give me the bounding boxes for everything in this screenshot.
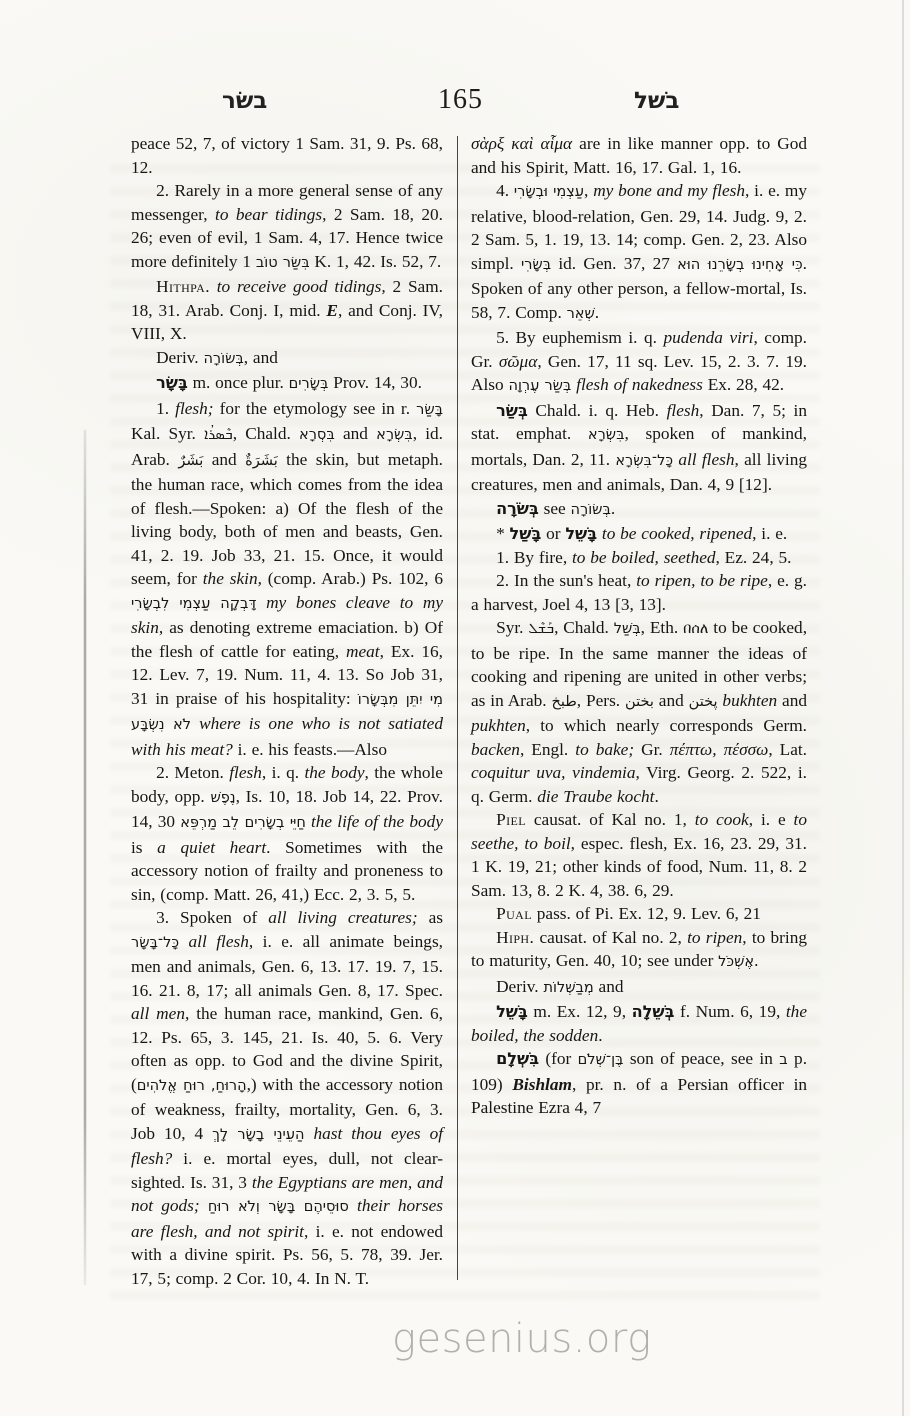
italic-text: to cook	[695, 810, 749, 829]
text-run: Kal. Syr.	[131, 424, 204, 443]
column-divider	[457, 136, 458, 1280]
right-column: σὰρξ καὶ αἷμα are in like manner opp. to…	[471, 132, 807, 1290]
text-run: causat. of Kal no. 1,	[526, 810, 695, 829]
italic-text: to bake;	[575, 740, 634, 759]
greek-text: σῶμα	[499, 352, 537, 371]
hebrew-text: הַעֵינֵי בָשָׂר לָךְ	[212, 1127, 304, 1143]
hebrew-text: עַצְמִי וּבְשָׂרִי	[514, 184, 584, 200]
smallcaps-label: Hiph.	[496, 928, 534, 947]
hebrew-text: בְּשָׂרִים	[289, 376, 329, 392]
text-run: .	[654, 787, 658, 806]
left-column: peace 52, 7, of victory 1 Sam. 31, 9. Ps…	[131, 132, 443, 1290]
hebrew-text: בֶּן־שְׁלֹם	[578, 1052, 624, 1068]
hebrew-text: בְּשׂוֹרָה	[203, 351, 243, 367]
text-run: Syr.	[496, 618, 528, 637]
paragraph: Syr. ܒܰܫܶܠ, Chald. בְּשַׁל, Eth. በሰለ to …	[471, 616, 807, 808]
gutter-shadow	[84, 430, 86, 1285]
running-head-left-word: בשׂר	[222, 88, 267, 114]
running-head: בשׂר 165 בשׁל	[0, 84, 910, 124]
hebrew-text: דָּבְקָה עַצְמִי לִבְשָׂרִי	[131, 596, 256, 612]
text-run: m. once plur.	[188, 373, 289, 392]
arabic-text: بَشَرَةٌ	[245, 453, 278, 469]
italic-text: to ripen	[687, 928, 742, 947]
hebrew-text: כָּל־בָּשָׂר	[131, 935, 179, 951]
text-run: , Pers.	[577, 691, 625, 710]
hebrew-text: בִּשְׂרָא	[588, 427, 625, 443]
text-run: 5. By euphemism i. q.	[496, 328, 663, 347]
paragraph: 2. Meton. flesh, i. q. the body, the who…	[131, 761, 443, 906]
text-run: 1. By fire,	[496, 548, 572, 567]
italic-text: flesh	[229, 763, 262, 782]
page-number: 165	[438, 84, 483, 116]
italic-text: meat	[346, 642, 380, 661]
text-run: and	[594, 977, 624, 996]
greek-text: πέπτω, πέσσω	[670, 740, 769, 759]
italic-text: flesh of nakedness	[576, 375, 703, 394]
hebrew-text: הָרוּחַ, רוּחַ אֱלֹהִים	[137, 1078, 247, 1094]
paragraph: 5. By euphemism i. q. pudenda viri, comp…	[471, 326, 807, 399]
hebrew-headword: בָּשַׁל	[510, 524, 542, 543]
text-run: .	[598, 1026, 602, 1045]
paragraph: Hithpa. to receive good tidings, 2 Sam. …	[131, 275, 443, 346]
text-run: son of peace, see in	[623, 1049, 779, 1068]
text-run: .	[595, 303, 599, 322]
text-run: (comp. Arab.) Ps. 102, 6	[262, 569, 443, 588]
paragraph: בְּשֹׂרָה see בְּשׂוֹרָה.	[471, 497, 807, 523]
text-run: 1.	[156, 399, 175, 418]
text-run	[349, 1196, 357, 1215]
bold-italic-text: Bishlam	[512, 1075, 572, 1094]
hebrew-text: כִּי אָחִינוּ בְשָׂרֵנוּ הוּא	[677, 257, 803, 273]
text-run: (for	[539, 1049, 578, 1068]
text-run: Deriv.	[496, 977, 543, 996]
text-run: Chald. i. q. Heb.	[528, 401, 667, 420]
text-run: and	[203, 450, 245, 469]
italic-text: pudenda viri	[663, 328, 753, 347]
paragraph: * בָּשַׁל or בָּשֵׁל to be cooked, ripen…	[471, 522, 807, 546]
italic-text: all flesh	[678, 450, 734, 469]
paragraph: 2. In the sun's heat, to ripen, to be ri…	[471, 569, 807, 616]
paragraph: Hiph. causat. of Kal no. 2, to ripen, to…	[471, 926, 807, 975]
arabic-text: بختن	[625, 694, 654, 710]
hebrew-text: בִּשְׂרָא	[376, 427, 413, 443]
hebrew-text: סוּסֵיהֶם בָּשָׂר וְלֹא רוּחַ	[208, 1199, 349, 1215]
text-run: peace 52, 7, of victory 1 Sam. 31, 9. Ps…	[131, 134, 443, 177]
text-run: .	[754, 951, 758, 970]
text-run: 3. Spoken of	[156, 908, 268, 927]
smallcaps-label: Piel	[496, 810, 526, 829]
italic-text: to be boiled, seethed	[572, 548, 716, 567]
paragraph: σὰρξ καὶ αἷμα are in like manner opp. to…	[471, 132, 807, 179]
text-run	[191, 714, 199, 733]
arabic-text: پختن	[689, 694, 718, 710]
paragraph: peace 52, 7, of victory 1 Sam. 31, 9. Ps…	[131, 132, 443, 179]
hebrew-headword: בִּשְׁלָם	[496, 1049, 539, 1068]
scanned-page: בשׂר 165 בשׁל peace 52, 7, of victory 1 …	[0, 0, 910, 1416]
paragraph: בָּשֵׁל m. Ex. 12, 9, בְּשֵׁלָה f. Num. …	[471, 1000, 807, 1047]
text-run: , Chald.	[554, 618, 614, 637]
text-run: 4.	[496, 181, 514, 200]
text-run: f. Num. 6, 19,	[674, 1002, 785, 1021]
text-run: Prov. 14, 30.	[328, 373, 422, 392]
watermark: gesenius.org	[392, 1316, 652, 1362]
hebrew-headword: בְּשֹׂרָה	[496, 499, 539, 518]
paragraph: 1. By fire, to be boiled, seethed, Ez. 2…	[471, 546, 807, 570]
text-run: ,	[584, 181, 593, 200]
italic-text: pukhten	[471, 716, 526, 735]
text-run: , i. q.	[262, 763, 305, 782]
paragraph: Pual pass. of Pi. Ex. 12, 9. Lev. 6, 21	[471, 902, 807, 926]
text-run: 2. Meton.	[156, 763, 229, 782]
paragraph: בְּשַׂר Chald. i. q. Heb. flesh, Dan. 7,…	[471, 399, 807, 497]
syriac-text: ܒܶܣܪܳܐ	[204, 427, 233, 443]
paragraph: 3. Spoken of all living creatures; as כָ…	[131, 906, 443, 1290]
hebrew-text: חַיֵּי בְשָׂרִים לֵב מַרְפֵּא	[180, 815, 306, 831]
ethiopic-text: በሰለ	[683, 621, 708, 637]
text-run: i. e. his feasts.—Also	[233, 740, 387, 759]
text-run: , Engl.	[520, 740, 575, 759]
text-run: , Chald.	[233, 424, 299, 443]
text-run: causat. of Kal no. 2,	[534, 928, 687, 947]
paragraph: Deriv. בְּשׂוֹרָה, and	[131, 346, 443, 372]
text-run	[179, 932, 188, 951]
paragraph: 1. flesh; for the etymology see in r. בָ…	[131, 397, 443, 762]
hebrew-text: כָּל־בִּשְׂרָא	[615, 453, 673, 469]
hebrew-text: בִּשַּׂר טוֹב	[256, 255, 310, 271]
arabic-text: بَشَرٌ	[178, 453, 203, 469]
paragraph: Piel causat. of Kal no. 1, to cook, i. e…	[471, 808, 807, 902]
hebrew-text: ב	[779, 1052, 787, 1068]
text-run: Gr.	[634, 740, 670, 759]
text-run: as	[418, 908, 443, 927]
text-run: , Ez. 24, 5.	[716, 548, 792, 567]
hebrew-text: נֶפֶשׁ	[210, 790, 235, 806]
italic-text: all flesh	[189, 932, 249, 951]
text-run: .	[611, 499, 615, 518]
text-run: the skin, but metaph. the human race, wh…	[131, 450, 443, 589]
hebrew-text: בְּשׂוֹרָה	[571, 502, 611, 518]
italic-text: to ripen, to be ripe	[636, 571, 768, 590]
italic-text: coquitur uva, vindemia	[471, 763, 636, 782]
hebrew-text: אֶשְׁכֹּל	[718, 954, 754, 970]
text-run	[200, 1196, 208, 1215]
italic-text: the body	[304, 763, 364, 782]
italic-text: die Traube kocht	[537, 787, 654, 806]
italic-text: my bone and my flesh	[593, 181, 745, 200]
italic-text: the skin,	[203, 569, 262, 588]
hebrew-text: שְׁאֵר	[567, 306, 595, 322]
hebrew-headword: בְּשֵׁלָה	[632, 1002, 675, 1021]
italic-text: all men	[131, 1004, 185, 1023]
paragraph: Deriv. מְבַשְּׁלוֹת and	[471, 975, 807, 1001]
smallcaps-label: Pual	[496, 904, 532, 923]
text-run: Ex. 28, 42.	[703, 375, 784, 394]
text-run: and	[335, 424, 376, 443]
text-run: or	[541, 524, 565, 543]
text-run: id. Gen. 37, 27	[551, 254, 677, 273]
text-run: see	[539, 499, 571, 518]
running-head-right-word: בשׁל	[634, 88, 679, 114]
hebrew-headword: בְּשַׂר	[496, 401, 528, 420]
text-run: , and	[244, 348, 278, 367]
italic-text: bukhten	[722, 691, 777, 710]
italic-text: to receive good tidings,	[210, 277, 386, 296]
italic-text: flesh	[667, 401, 700, 420]
hebrew-text: בְּשַׂר עֶרְוָה	[508, 378, 571, 394]
italic-text: a quiet heart	[157, 838, 266, 857]
hebrew-headword: בָּשָׂר	[156, 373, 188, 392]
text-run: , Eth.	[641, 618, 683, 637]
italic-text: flesh;	[175, 399, 213, 418]
text-run: , Lat.	[768, 740, 807, 759]
text-run: *	[496, 524, 509, 543]
hebrew-headword: בָּשֵׁל	[565, 524, 597, 543]
hebrew-text: בִּסְרָא	[299, 427, 335, 443]
paragraph: בָּשָׂר m. once plur. בְּשָׂרִים Prov. 1…	[131, 371, 443, 397]
text-run: and	[777, 691, 807, 710]
scan-edge-line	[902, 0, 904, 1416]
italic-text: all living creatures;	[268, 908, 417, 927]
text-run: , to which nearly corresponds Germ.	[526, 716, 807, 735]
italic-text: to be cooked, ripened	[602, 524, 752, 543]
text-run: and	[654, 691, 689, 710]
greek-text: σὰρξ καὶ αἷμα	[471, 134, 572, 153]
italic-text: the life of the body	[311, 812, 443, 831]
text-run: , i. e.	[752, 524, 787, 543]
paragraph: 4. עַצְמִי וּבְשָׂרִי, my bone and my fl…	[471, 179, 807, 326]
text-run: Deriv.	[156, 348, 203, 367]
hebrew-text: מְבַשְּׁלוֹת	[543, 980, 593, 996]
syriac-text: ܒܰܫܶܠ	[528, 621, 554, 637]
text-run: 2. In the sun's heat,	[496, 571, 636, 590]
text-run: , i. e	[749, 810, 794, 829]
text-block: peace 52, 7, of victory 1 Sam. 31, 9. Ps…	[131, 132, 807, 1290]
hebrew-text: בְּשַׁל	[614, 621, 641, 637]
text-run: pass. of Pi. Ex. 12, 9. Lev. 6, 21	[532, 904, 761, 923]
italic-text: to bear tidings	[215, 205, 322, 224]
hebrew-headword: בָּשֵׁל	[496, 1002, 528, 1021]
hebrew-text: בָּשַׂר	[416, 402, 443, 418]
arabic-text: طبخ	[551, 694, 576, 710]
hebrew-text: בְּשָׂרִי	[521, 257, 551, 273]
bold-italic-text: E	[326, 301, 338, 320]
text-run	[256, 593, 266, 612]
paragraph: בִּשְׁלָם (for בֶּן־שְׁלֹם son of peace,…	[471, 1047, 807, 1120]
paragraph: 2. Rarely in a more general sense of any…	[131, 179, 443, 275]
smallcaps-label: Hithpa.	[156, 277, 210, 296]
text-run: is	[131, 838, 157, 857]
text-run: m. Ex. 12, 9,	[528, 1002, 632, 1021]
text-run: for the etymology see in r.	[214, 399, 417, 418]
italic-text: backen	[471, 740, 520, 759]
